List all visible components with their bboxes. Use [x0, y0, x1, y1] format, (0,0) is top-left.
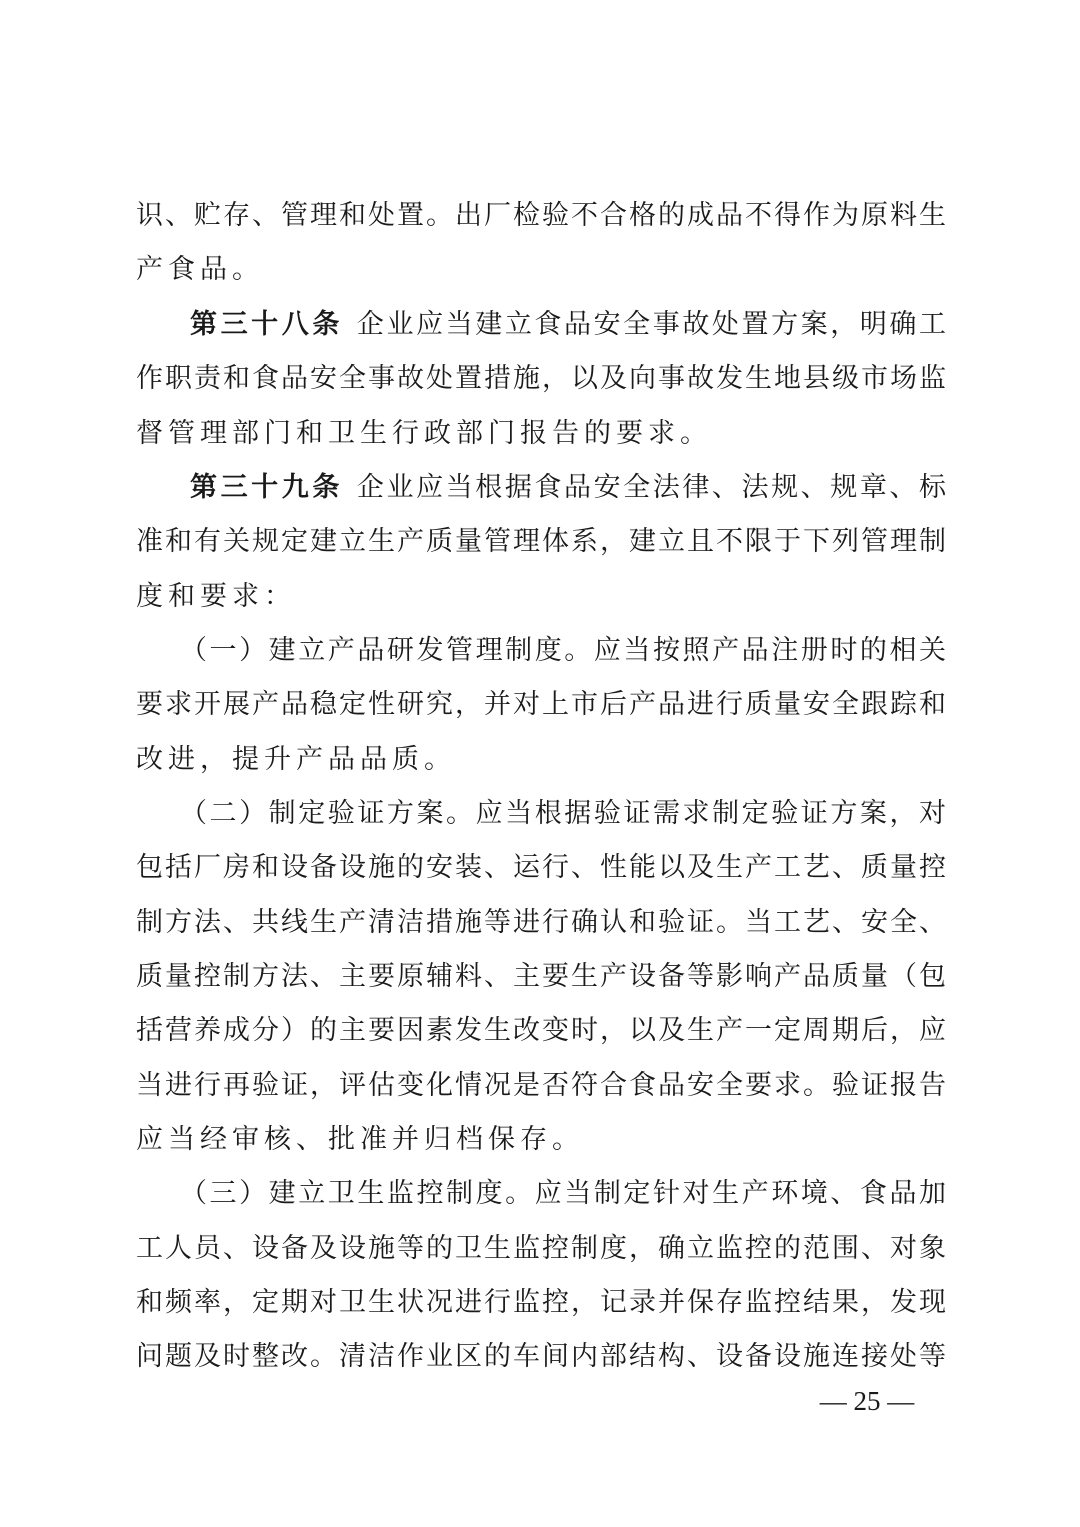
text-line: 问题及时整改。清洁作业区的车间内部结构、设备设施连接处等 [136, 1337, 946, 1377]
article-38-first-line: 第三十八条企业应当建立食品安全事故处置方案，明确工 [190, 305, 946, 345]
text-line: 改进，提升产品品质。 [136, 740, 946, 780]
item-2-first-line: （二）制定验证方案。应当根据验证需求制定验证方案，对 [180, 794, 946, 834]
text-line: 识、贮存、管理和处置。出厂检验不合格的成品不得作为原料生 [136, 196, 946, 236]
article-38-title: 第三十八条 [190, 309, 343, 340]
text-line: 督管理部门和卫生行政部门报告的要求。 [136, 414, 946, 454]
text-line: 括营养成分）的主要因素发生改变时，以及生产一定周期后，应 [136, 1011, 946, 1051]
text-line: 度和要求： [136, 577, 946, 617]
text-line: 包括厂房和设备设施的安装、运行、性能以及生产工艺、质量控 [136, 848, 946, 888]
text-line: 应当经审核、批准并归档保存。 [136, 1120, 946, 1160]
item-3-first-line: （三）建立卫生监控制度。应当制定针对生产环境、食品加 [180, 1174, 946, 1214]
article-39-text: 企业应当根据食品安全法律、法规、规章、标 [357, 472, 946, 503]
text-line: 准和有关规定建立生产质量管理体系，建立且不限于下列管理制 [136, 522, 946, 562]
document-page: 识、贮存、管理和处置。出厂检验不合格的成品不得作为原料生 产食品。 第三十八条企… [0, 0, 1080, 1527]
text-line: 产食品。 [136, 250, 946, 290]
text-line: 工人员、设备及设施等的卫生监控制度，确立监控的范围、对象 [136, 1229, 946, 1269]
text-line: 作职责和食品安全事故处置措施，以及向事故发生地县级市场监 [136, 359, 946, 399]
text-line: 当进行再验证，评估变化情况是否符合食品安全要求。验证报告 [136, 1066, 946, 1106]
article-38-text: 企业应当建立食品安全事故处置方案，明确工 [357, 309, 946, 340]
text-line: 和频率，定期对卫生状况进行监控，记录并保存监控结果，发现 [136, 1283, 946, 1323]
item-1-first-line: （一）建立产品研发管理制度。应当按照产品注册时的相关 [180, 631, 946, 671]
page-number: — 25 — [812, 1381, 922, 1421]
text-line: 制方法、共线生产清洁措施等进行确认和验证。当工艺、安全、 [136, 903, 946, 943]
article-39-first-line: 第三十九条企业应当根据食品安全法律、法规、规章、标 [190, 468, 946, 508]
text-line: 质量控制方法、主要原辅料、主要生产设备等影响产品质量（包 [136, 957, 946, 997]
text-line: 要求开展产品稳定性研究，并对上市后产品进行质量安全跟踪和 [136, 685, 946, 725]
article-39-title: 第三十九条 [190, 472, 343, 503]
